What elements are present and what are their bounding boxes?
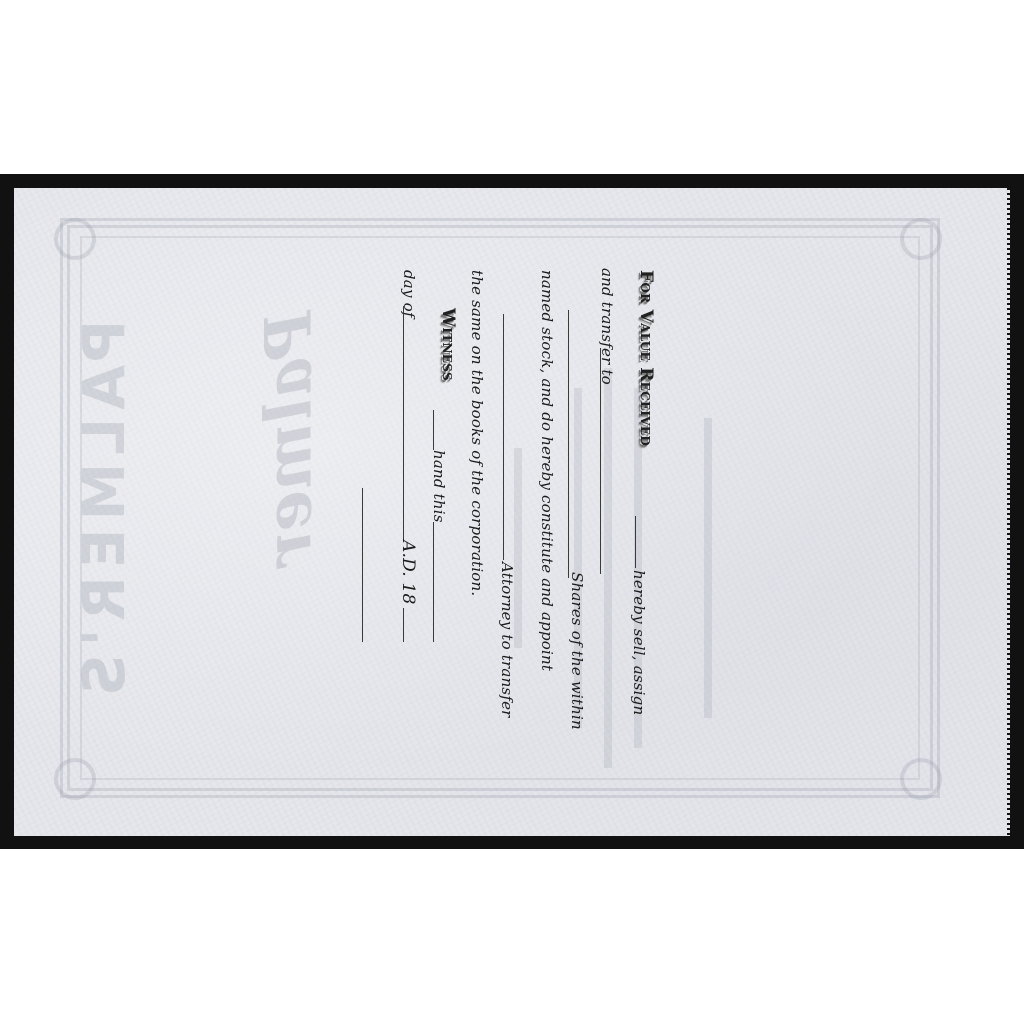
witness-blank-line [433, 522, 434, 642]
year-blank-line [403, 608, 404, 642]
blank-line [635, 516, 636, 568]
attorney-to-transfer-text: Attorney to transfer [499, 562, 514, 718]
shares-blank-line [568, 310, 569, 578]
shares-of-the-within-text: Shares of the within [569, 572, 584, 730]
books-of-corporation-text: the same on the books of the corporation… [469, 270, 484, 596]
attorney-blank-line [503, 314, 504, 560]
certificate-paper: PALMER'S Palmer For Value Received hereb… [14, 188, 1010, 836]
transfer-assignment-form: For Value Received hereby sell, assign a… [14, 188, 1010, 836]
hand-this-text: hand this [431, 450, 446, 523]
ad-year-text: A.D. 18 [399, 540, 416, 605]
witness-heading: Witness [439, 308, 456, 381]
and-transfer-to-text: and transfer to [599, 268, 614, 385]
hereby-sell-assign-text: hereby sell, assign [631, 570, 646, 715]
date-blank-line [403, 306, 404, 540]
signature-line [362, 488, 363, 642]
for-value-received-heading: For Value Received [637, 270, 654, 446]
transferee-blank-line [600, 348, 601, 574]
named-stock-text: named stock, and do hereby constitute an… [539, 270, 554, 671]
witness-blank-line [433, 410, 434, 450]
